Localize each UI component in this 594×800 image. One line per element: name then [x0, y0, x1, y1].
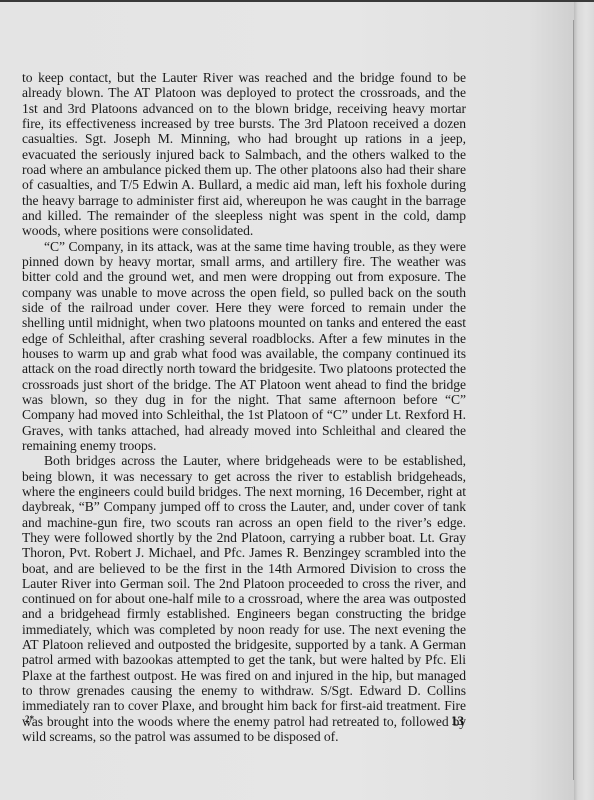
paragraph: Both bridges across the Lauter, where br… — [22, 453, 466, 744]
signature-mark: 2* — [25, 714, 34, 724]
page-edge-strip — [574, 2, 594, 800]
page-number: 13 — [451, 713, 464, 729]
paragraph: to keep contact, but the Lauter River wa… — [22, 70, 466, 239]
body-text: to keep contact, but the Lauter River wa… — [22, 70, 466, 744]
paragraph: “C” Company, in its attack, was at the s… — [22, 239, 466, 454]
book-page: to keep contact, but the Lauter River wa… — [0, 2, 574, 800]
